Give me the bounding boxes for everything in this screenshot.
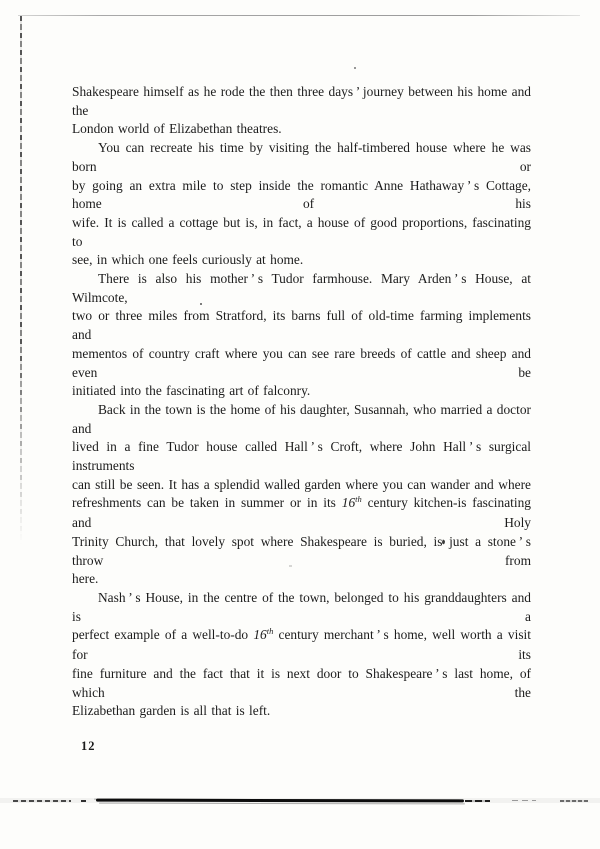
scanned-book-page: Shakespeare himself as he rode the then …: [0, 0, 600, 849]
scan-artifact-dotted-left: [13, 800, 71, 802]
text-segment-italic: 16: [342, 495, 355, 510]
text-line: see, in which one feels curiously at hom…: [72, 251, 531, 270]
text-line: London world of Elizabethan theatres.: [72, 120, 531, 139]
scan-speck: [200, 303, 202, 305]
text-segment: perfect example of a well-to-do: [72, 627, 253, 642]
scan-speck: [354, 67, 356, 69]
text-line: mementos of country craft where you can …: [72, 345, 531, 382]
text-line: Nash ’ s House, in the centre of the tow…: [72, 589, 531, 626]
scan-speck: [289, 565, 292, 567]
text-line: Back in the town is the home of his daug…: [72, 401, 531, 438]
text-line: can still be seen. It has a splendid wal…: [72, 476, 531, 495]
text-line: lived in a fine Tudor house called Hall …: [72, 438, 531, 475]
text-block: Shakespeare himself as he rode the then …: [72, 83, 531, 721]
text-line: Trinity Church, that lovely spot where S…: [72, 533, 531, 570]
text-segment-sup: th: [267, 626, 274, 636]
scan-edge-left-binding-line: [20, 16, 22, 544]
text-segment-italic: 16: [253, 627, 266, 642]
text-line: perfect example of a well-to-do 16th cen…: [72, 626, 531, 664]
text-line: refreshments can be taken in summer or i…: [72, 494, 531, 532]
text-line: You can recreate his time by visiting th…: [72, 139, 531, 176]
text-line: Shakespeare himself as he rode the then …: [72, 83, 531, 120]
text-line: There is also his mother ’ s Tudor farmh…: [72, 270, 531, 307]
text-line: here.: [72, 570, 531, 589]
text-segment-sup: th: [355, 494, 362, 504]
scan-artifact-dot: [81, 800, 86, 802]
page-number: 12: [81, 739, 96, 754]
text-line: initiated into the fascinating art of fa…: [72, 382, 531, 401]
text-line: Elizabethan garden is all that is left.: [72, 702, 531, 721]
text-line: fine furniture and the fact that it is n…: [72, 665, 531, 702]
text-segment: refreshments can be taken in summer or i…: [72, 495, 342, 510]
scan-artifact-faint-dashes: [512, 800, 536, 801]
text-line: two or three miles from Stratford, its b…: [72, 307, 531, 344]
scan-artifact-line-end: [465, 800, 490, 802]
text-line: by going an extra mile to step inside th…: [72, 177, 531, 214]
scan-artifact-right-dashes: [560, 800, 588, 802]
text-line: wife. It is called a cottage but is, in …: [72, 214, 531, 251]
scan-edge-top-line: [18, 15, 580, 16]
